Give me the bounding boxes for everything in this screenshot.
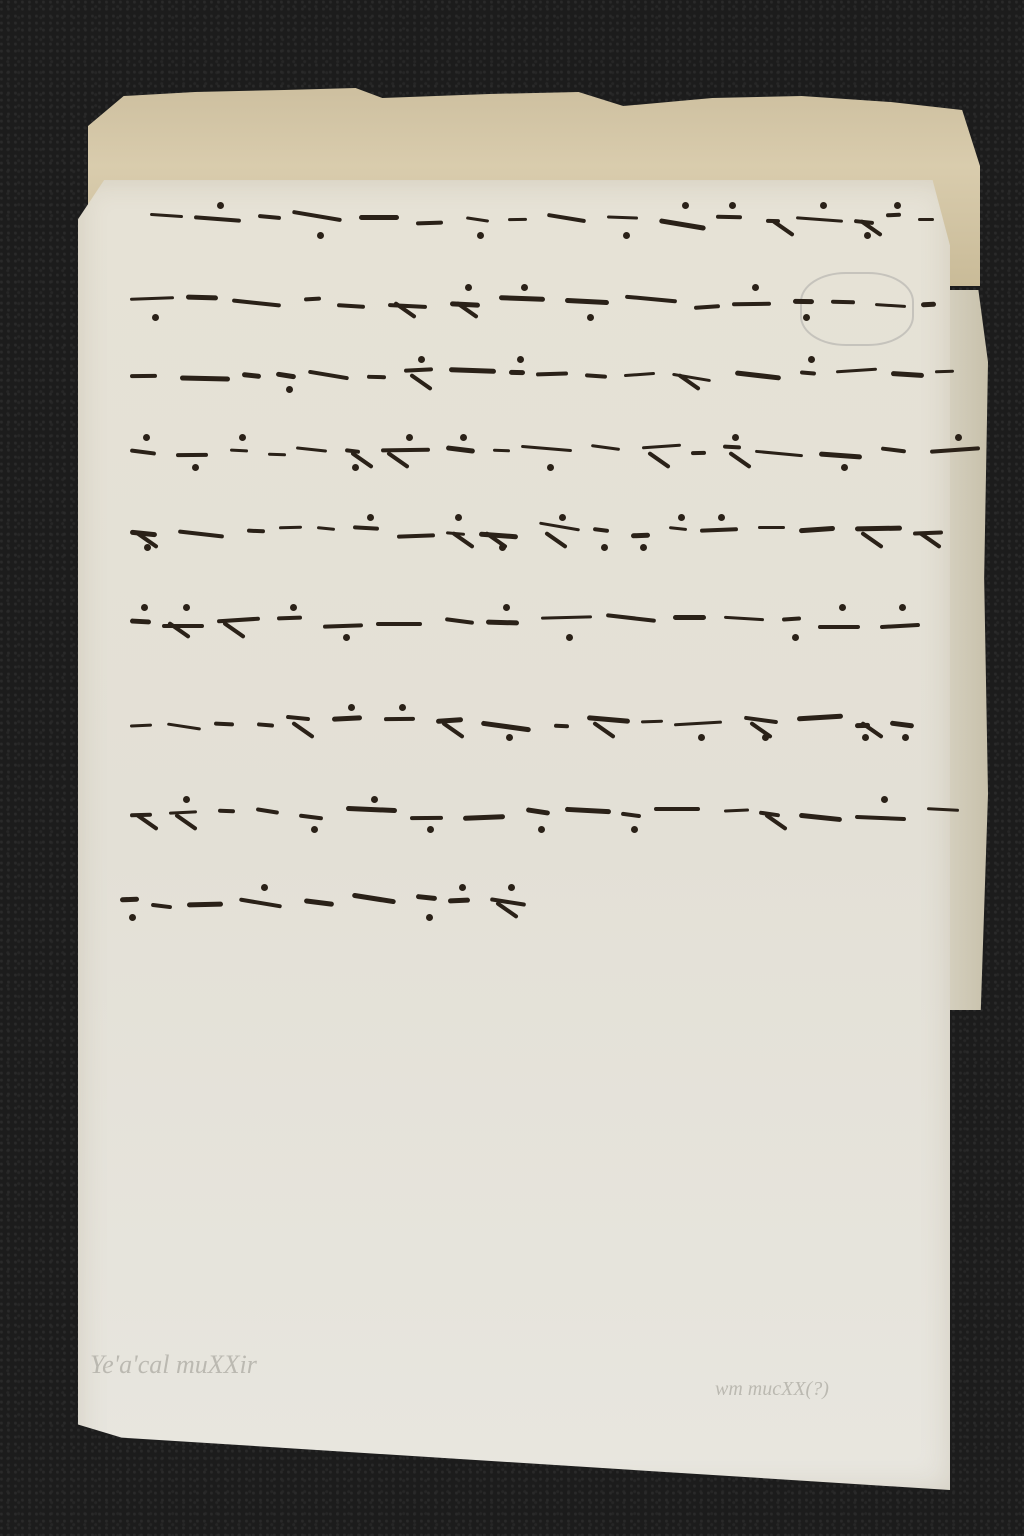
shorthand-stroke	[509, 370, 525, 375]
shorthand-stroke	[716, 215, 742, 219]
shorthand-stroke	[831, 300, 855, 304]
shorthand-dot	[587, 314, 594, 321]
shorthand-stroke	[448, 897, 471, 903]
shorthand-dot	[143, 434, 150, 441]
shorthand-dot	[678, 514, 685, 521]
pencil-annotation-right: wm mucXX(?)	[715, 1378, 829, 1401]
shorthand-dot	[732, 434, 739, 441]
shorthand-dot	[698, 734, 705, 741]
shorthand-stroke	[304, 296, 321, 300]
shorthand-stroke	[384, 717, 415, 721]
shorthand-stroke	[176, 453, 208, 457]
shorthand-stroke	[214, 721, 234, 726]
shorthand-dot	[311, 826, 318, 833]
shorthand-dot	[862, 734, 869, 741]
shorthand-dot	[192, 464, 199, 471]
shorthand-dot	[465, 284, 472, 291]
shorthand-dot	[239, 434, 246, 441]
shorthand-dot	[729, 202, 736, 209]
shorthand-dot	[317, 232, 324, 239]
shorthand-stroke	[486, 619, 519, 625]
pencil-annotation-left: Ye'a'cal muXXir	[90, 1350, 257, 1380]
shorthand-dot	[183, 796, 190, 803]
shorthand-stroke	[120, 897, 139, 902]
shorthand-dot	[261, 884, 268, 891]
shorthand-stroke	[218, 808, 235, 813]
shorthand-stroke	[758, 526, 785, 529]
shorthand-stroke	[536, 371, 568, 376]
shorthand-stroke	[654, 807, 700, 811]
shorthand-dot	[343, 634, 350, 641]
shorthand-stroke	[691, 451, 706, 455]
shorthand-dot	[427, 826, 434, 833]
shorthand-dot	[538, 826, 545, 833]
shorthand-stroke	[187, 902, 223, 908]
shorthand-dot	[559, 514, 566, 521]
shorthand-dot	[881, 796, 888, 803]
shorthand-dot	[841, 464, 848, 471]
shorthand-dot	[406, 434, 413, 441]
shorthand-dot	[508, 884, 515, 891]
shorthand-dot	[566, 634, 573, 641]
shorthand-stroke	[268, 452, 286, 456]
shorthand-dot	[623, 232, 630, 239]
shorthand-dot	[503, 604, 510, 611]
shorthand-dot	[955, 434, 962, 441]
shorthand-stroke	[359, 215, 399, 220]
shorthand-stroke	[493, 448, 511, 452]
shorthand-dot	[348, 704, 355, 711]
shorthand-dot	[752, 284, 759, 291]
shorthand-stroke	[793, 299, 814, 304]
shorthand-stroke	[410, 816, 443, 821]
shorthand-stroke	[130, 374, 157, 378]
shorthand-stroke	[416, 220, 443, 225]
shorthand-dot	[144, 544, 151, 551]
shorthand-stroke	[376, 622, 422, 626]
shorthand-dot	[902, 734, 909, 741]
shorthand-dot	[152, 314, 159, 321]
faint-library-stamp	[800, 272, 914, 346]
shorthand-dot	[141, 604, 148, 611]
shorthand-dot	[290, 604, 297, 611]
shorthand-stroke	[918, 218, 934, 221]
shorthand-stroke	[673, 615, 706, 620]
shorthand-dot	[792, 634, 799, 641]
shorthand-dot	[506, 734, 513, 741]
shorthand-dot	[864, 232, 871, 239]
shorthand-dot	[547, 464, 554, 471]
shorthand-dot	[820, 202, 827, 209]
shorthand-dot	[839, 604, 846, 611]
shorthand-stroke	[818, 625, 860, 629]
shorthand-dot	[367, 514, 374, 521]
shorthand-stroke	[508, 217, 527, 220]
shorthand-dot	[894, 202, 901, 209]
